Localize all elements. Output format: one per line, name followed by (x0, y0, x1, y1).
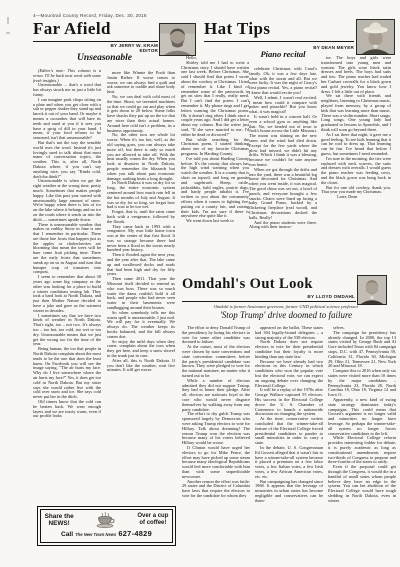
hat-tips-column-3: tor. The boys and girls were transformed… (321, 56, 391, 269)
body-paragraph: Then it flooded again the next year, and… (107, 253, 175, 277)
body-paragraph: While Electoral College reform provides … (328, 436, 396, 465)
body-paragraph: I sometimes say that we have two kinds o… (33, 314, 101, 348)
body-paragraph: It wasn't held in a concert hall. Or eve… (249, 115, 317, 168)
body-paragraph: Forgot, that is, until the rains came ba… (107, 210, 175, 224)
body-paragraph: At the outset, most of the electors were… (182, 345, 250, 379)
body-paragraph: North Dakota does not require electors t… (255, 340, 323, 359)
body-paragraph: So enjoy the mild days when they come, c… (107, 340, 175, 359)
body-paragraph: Unseasonable ... that's a word that has … (33, 83, 101, 97)
body-paragraph: They came back in 1993 with a vengeance.… (107, 225, 175, 254)
body-paragraph: The effort to dry gulch Trump was sponso… (182, 412, 250, 446)
body-paragraph: If Clinton would have urged her electors… (182, 446, 250, 480)
body-paragraph: We sat there with friends and neighbors,… (321, 94, 391, 132)
dean-meyer-portrait-photo (356, 19, 395, 55)
newspaper-page: 4—Mountrail County Record, Friday, Dec. … (0, 0, 400, 567)
body-paragraph: I'm sure in the morning, the ties were r… (321, 157, 391, 186)
body-paragraph: So when somebody tells me this warm spel… (107, 311, 175, 340)
body-paragraph: The campaign for presidency has already … (328, 331, 396, 369)
body-paragraph: Later, Dean (321, 195, 391, 200)
omdahl-headline: 'Stop Trump' drive doomed to failure (182, 310, 390, 320)
portrait-man-with-beard-icon (160, 24, 195, 55)
omdahl-column-1: The effort to deny Donald Trump of the p… (182, 326, 250, 545)
portrait-man-icon (358, 276, 386, 304)
piano-recital-heading: Piano recital (249, 49, 317, 59)
body-paragraph: I've told you about Harding County befor… (181, 157, 249, 219)
body-paragraph: But campaigning has changed since 1968. … (255, 480, 323, 504)
body-paragraph: And the piano students were there. Along… (249, 221, 317, 231)
body-paragraph: Old timers know that the cold can be bea… (33, 400, 101, 419)
ad-share-text: Share the NEWS! (45, 513, 74, 527)
unseasonable-heading: Unseasonable (33, 53, 176, 63)
far-afield-column-1: (Editor's note: This column is a rerun. … (33, 69, 101, 499)
body-paragraph: But while searching for the Christmas po… (181, 138, 249, 157)
omdahl-title: Omdahl's Out Look (182, 276, 313, 293)
ad-phone-number: 627-4829 (118, 529, 152, 538)
body-paragraph: In the debate, U. S. Congressman Ed Goss… (255, 446, 323, 480)
omdahl-credit-line: Omdahl is former lieutenant governor, fo… (182, 304, 390, 309)
body-paragraph: Being human, the too that people in Nort… (33, 347, 101, 400)
omdahl-byline: BY LLOYD OMDAHL (255, 294, 355, 299)
body-paragraph: Because we have already had two election… (255, 360, 323, 389)
body-paragraph: celebrate Christmas with Carol's family.… (249, 67, 317, 96)
ad-paper-name: The New Town News (75, 532, 116, 537)
body-paragraph: Shirley told me I had to write a Christm… (181, 61, 249, 138)
omdahl-column-2: appeared on the ballot. These states had… (255, 326, 323, 545)
far-afield-column-2: more like Winnie the Pooh than Justin Bi… (107, 71, 175, 501)
body-paragraph: tor. The boys and girls were transformed… (321, 56, 391, 94)
portrait-man-in-cowboy-hat-icon (357, 20, 394, 54)
divider-rule (182, 301, 356, 302)
body-paragraph: There is unseasonable weather that makes… (33, 223, 101, 276)
body-paragraph: Apparently, a new kind of swing state st… (328, 398, 396, 436)
omdahl-column-3: selves.The campaign for presidency has a… (328, 326, 396, 545)
ad-inner-border: Share the NEWS! Over a cup of coffee! Ca… (40, 509, 174, 544)
body-paragraph: Even if the proposal could get through t… (328, 465, 396, 503)
body-paragraph: As I sat there that night, it gave me a … (321, 133, 391, 157)
body-paragraph: appeared on the ballot. These states had… (255, 326, 323, 340)
ad-share-line1: Share the (45, 513, 74, 520)
body-paragraph: It will be a replay of the 1970s after G… (255, 388, 323, 417)
hat-tips-title: Hat Tips (204, 19, 270, 39)
body-paragraph: When we got through the drifts and into … (249, 168, 317, 221)
ad-over-line1: Over a cup (137, 513, 168, 520)
body-paragraph: While a number of electors admitted they… (182, 379, 250, 413)
body-paragraph: Another reason the effort was futile: 29… (182, 480, 250, 499)
coffee-cup-icon (96, 512, 116, 528)
body-paragraph: I seem to remember that about 30 years a… (33, 275, 101, 313)
folio-line: 4—Mountrail County Record, Friday, Dec. … (33, 13, 147, 18)
body-paragraph: Well, I admit, I wasn't real excited. I … (249, 96, 317, 115)
ad-call-label: Call (61, 531, 73, 538)
body-paragraph: But that's not the way the sensible worl… (33, 141, 101, 179)
divider-rule (204, 41, 354, 42)
hat-tips-column-1: Hello,Shirley told me I had to write a C… (181, 56, 249, 275)
body-paragraph: No, we can deal with cold most of the ti… (107, 95, 175, 133)
hat-tips-column-2: celebrate Christmas with Carol's family.… (249, 67, 317, 275)
byline-name: BY LLOYD OMDAHL (255, 294, 355, 299)
body-paragraph: Compare this to 2016 when only six state… (328, 369, 396, 398)
ad-over-line2: of coffee! (137, 520, 168, 527)
share-the-news-ad: Share the NEWS! Over a cup of coffee! Ca… (37, 506, 176, 546)
body-paragraph: Unseasonable is when we get the right we… (33, 179, 101, 222)
jerry-kram-portrait-photo (159, 23, 196, 56)
ad-share-line2: NEWS! (45, 520, 74, 527)
body-paragraph: Then came 2011. That year the Missouri i… (107, 277, 175, 311)
body-paragraph: After all, this is North Dakota. If you … (107, 359, 175, 373)
lloyd-omdahl-portrait-photo (357, 275, 387, 305)
body-paragraph: (Editor's note: This column is a rerun. … (33, 69, 101, 83)
ad-call-row: Call The New Town News 627-4829 (41, 529, 173, 538)
ad-coffee-text: Over a cup of coffee! (137, 513, 168, 527)
far-afield-title: Far Afield (33, 19, 111, 39)
body-paragraph: I can imagine pork chops sitting on a pl… (33, 98, 101, 141)
body-paragraph: more like Winnie the Pooh than Justin Bi… (107, 71, 175, 95)
scan-artifact (6, 32, 10, 34)
body-paragraph: In North Dakota it was so dry for so lon… (107, 181, 175, 210)
body-paragraph: At the time, conservative writers conclu… (255, 417, 323, 446)
body-paragraph: The effort to deny Donald Trump of the p… (182, 326, 250, 345)
body-paragraph: No, the other toos are whole lot worse. … (107, 133, 175, 181)
body-paragraph: We went down last week to (181, 219, 249, 224)
scan-artifact (7, 17, 9, 24)
